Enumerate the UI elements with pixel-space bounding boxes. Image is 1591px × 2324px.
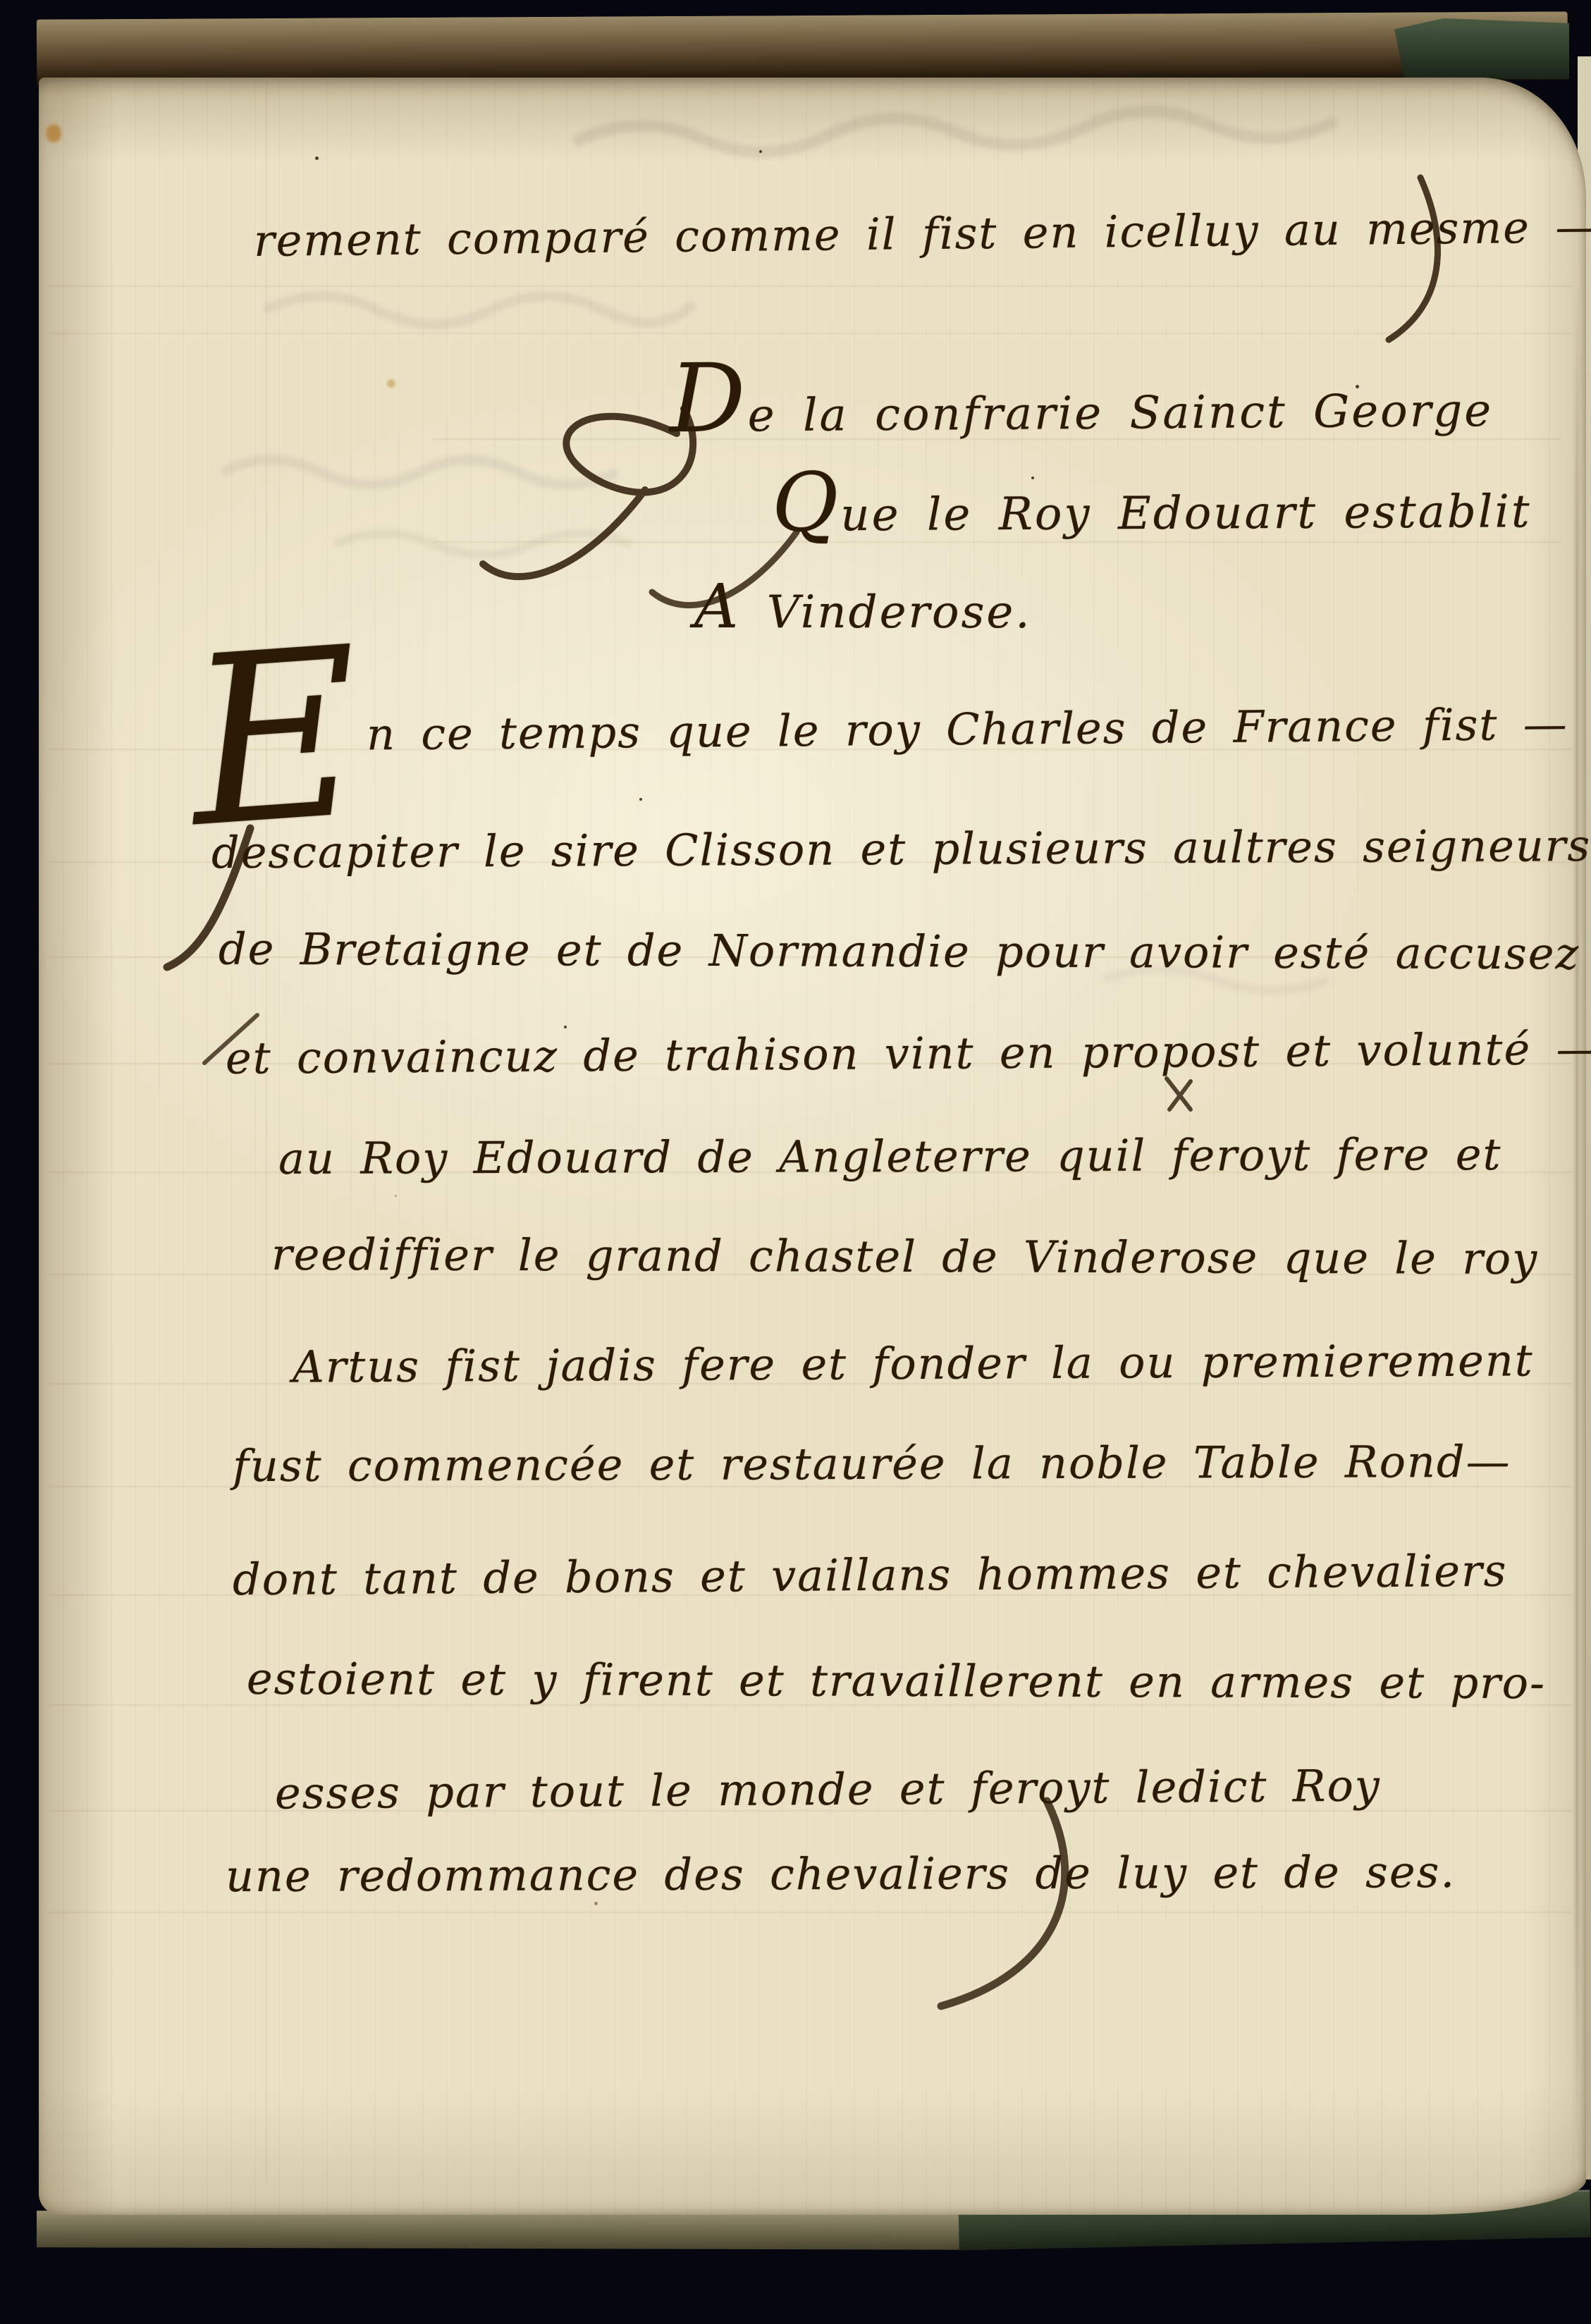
ink-speck	[250, 678, 252, 680]
heading-line-3: A Vinderose.	[694, 586, 1032, 639]
ink-speck	[564, 1026, 567, 1028]
body-line-3: de Bretaigne et de Normandie pour avoir …	[219, 923, 1580, 980]
ink-speck	[1356, 385, 1359, 388]
ink-speck	[639, 798, 642, 801]
body-line-8: fust commencée et restaurée la noble Tab…	[233, 1436, 1511, 1492]
body-line-1: n ce temps que le roy Charles de France …	[367, 699, 1568, 761]
ink-speck	[395, 1195, 397, 1197]
page-block-bottom-edge	[37, 2211, 967, 2249]
body-line-7: Artus fist jadis fere et fonder la ou pr…	[293, 1334, 1534, 1392]
correction-cross-mark	[1167, 1078, 1191, 1109]
ink-speck	[594, 1902, 598, 1905]
drop-cap-initial: E	[183, 616, 368, 860]
page-fold-shadow	[1575, 289, 1578, 2157]
rust-stain	[46, 124, 61, 142]
ruling-line	[49, 333, 1572, 334]
ink-speck	[315, 156, 319, 160]
ink-speck	[759, 150, 762, 153]
ruling-line	[49, 1912, 1572, 1913]
heading-line-1: De la confrarie Sainct George	[670, 385, 1494, 443]
pale-stain	[387, 379, 395, 388]
body-line-5: au Roy Edouard de Angleterre quil feroyt…	[278, 1129, 1502, 1184]
body-line-6: reediffier le grand chastel de Vinderose…	[271, 1229, 1538, 1284]
catchline: rement comparé comme il fist en icelluy …	[254, 201, 1591, 266]
page: rement comparé comme il fist en icelluy …	[39, 78, 1586, 2215]
body-line-11: esses par tout le monde et feroyt ledict…	[275, 1760, 1381, 1819]
ink-speck	[1031, 477, 1034, 479]
ruling-line	[434, 541, 1561, 543]
book-binding-top-edge	[37, 11, 1568, 87]
body-line-9: dont tant de bons et vaillans hommes et …	[233, 1545, 1508, 1606]
ruling-line	[49, 285, 1572, 287]
body-line-12: une redommance des chevaliers de luy et …	[226, 1846, 1456, 1902]
body-line-2: descapiter le sire Clisson et plusieurs …	[211, 820, 1591, 878]
binding-green-leather-patch	[1394, 18, 1569, 79]
body-line-10: estoient et y firent et travaillerent en…	[247, 1653, 1546, 1709]
body-line-4: et convaincuz de trahison vint en propos…	[226, 1023, 1591, 1084]
heading-line-2: Que le Roy Edouart establit	[772, 486, 1532, 542]
manuscript-photo: rement comparé comme il fist en icelluy …	[0, 0, 1591, 2324]
